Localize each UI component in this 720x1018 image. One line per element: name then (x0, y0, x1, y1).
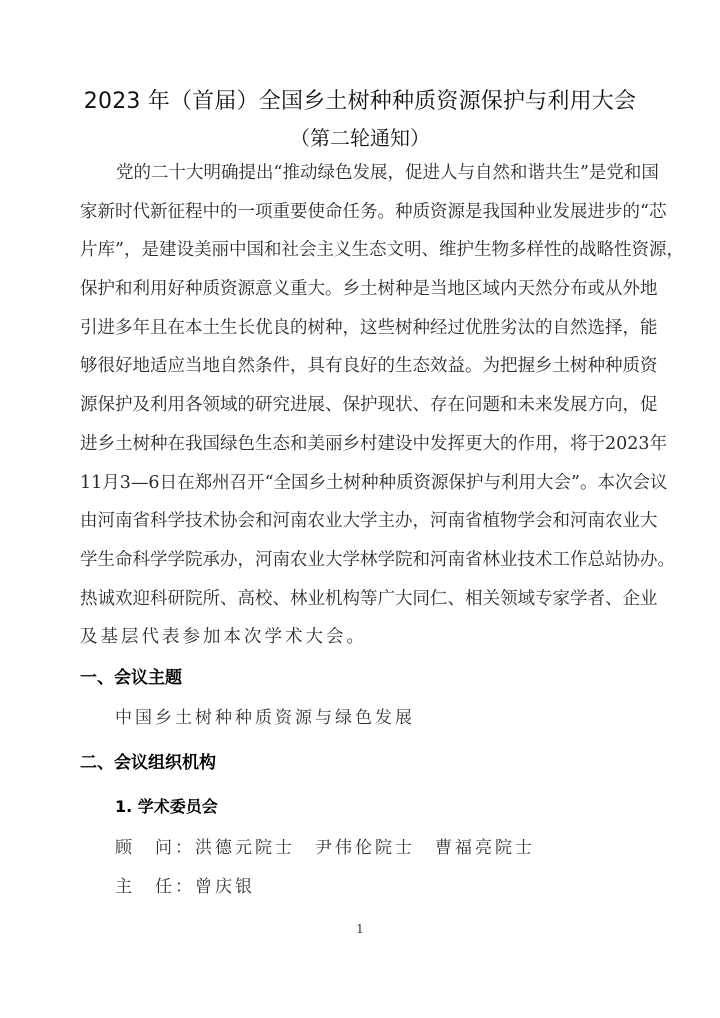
char: 进 (588, 197, 606, 236)
char: 3 (120, 468, 131, 507)
char: 议 (650, 468, 668, 507)
char: ， (553, 429, 571, 468)
char: 召 (230, 468, 248, 507)
char: 关 (483, 584, 501, 623)
char: 我 (483, 197, 501, 236)
char: 的 (623, 197, 641, 236)
char: 、 (325, 390, 343, 429)
char: 护 (115, 390, 133, 429)
char: 树 (378, 274, 396, 313)
char: 乡 (98, 429, 116, 468)
char: 乡 (343, 274, 361, 313)
char: 的 (535, 313, 553, 352)
char: 明 (204, 158, 222, 197)
char: 大 (343, 506, 361, 545)
char: 技 (185, 506, 203, 545)
section-heading-organization: 二、会议组织机构 (80, 748, 216, 773)
char: 一 (238, 197, 256, 236)
char: 汰 (518, 313, 536, 352)
char: 省 (465, 506, 483, 545)
char: 促 (640, 390, 658, 429)
char: 维 (439, 235, 457, 274)
char: 生 (351, 235, 369, 274)
char: 资 (631, 235, 649, 274)
char: 所 (203, 584, 221, 623)
char: 性 (544, 235, 562, 274)
char: 为 (483, 351, 501, 390)
char: ， (124, 235, 142, 274)
char: 进 (290, 390, 308, 429)
char: 文 (386, 235, 404, 274)
char: 库 (98, 235, 116, 274)
char: 学 (360, 506, 378, 545)
char: 由 (80, 506, 98, 545)
char: 确 (221, 158, 239, 197)
char: 农 (308, 506, 326, 545)
char: 的 (561, 235, 579, 274)
char: 二 (151, 158, 169, 197)
char: 和 (115, 274, 133, 313)
char: 的 (134, 158, 152, 197)
char: 意 (255, 274, 273, 313)
char: 种 (413, 313, 431, 352)
char: 学 (570, 584, 588, 623)
paragraph-line: 保护和利用好种质资源意义重大。乡土树种是当地区域内天然分布或从外地 (80, 274, 642, 313)
char: 将 (570, 429, 588, 468)
char: 然 (492, 158, 510, 197)
char: 种 (361, 468, 379, 507)
char: 生 (220, 313, 238, 352)
char: 日 (160, 468, 178, 507)
char: 出 (256, 158, 274, 197)
char: 战 (579, 235, 597, 274)
char: 域 (518, 584, 536, 623)
char: 物 (491, 235, 509, 274)
char: 高 (238, 584, 256, 623)
char: 共 (545, 158, 563, 197)
char: 保 (80, 274, 98, 313)
char: 源 (448, 197, 466, 236)
char: 人 (440, 158, 458, 197)
char: 树 (308, 313, 326, 352)
char: 在 (448, 390, 466, 429)
char: 使 (308, 197, 326, 236)
char: 省 (133, 506, 151, 545)
char: 项 (255, 197, 273, 236)
line-text: 及基层代表参加本次学术大会。 (80, 622, 367, 661)
char: 在 (177, 468, 195, 507)
char: 资 (640, 351, 658, 390)
char: ， (623, 313, 641, 352)
char: 用 (168, 390, 186, 429)
char: ， (387, 158, 405, 197)
char: 种 (605, 351, 623, 390)
char: 等 (360, 584, 378, 623)
char: 推 (282, 158, 300, 197)
char: 源 (238, 274, 256, 313)
char: 。 (580, 468, 598, 507)
char: 挥 (448, 429, 466, 468)
char: 进 (98, 313, 116, 352)
char: 家 (553, 584, 571, 623)
char: 。 (325, 274, 343, 313)
char: 全 (274, 468, 292, 507)
char: 广 (378, 584, 396, 623)
char: 保 (98, 390, 116, 429)
char: 发 (430, 429, 448, 468)
char: 业 (500, 545, 518, 584)
char: 天 (518, 274, 536, 313)
char: 方 (588, 390, 606, 429)
char: 展 (570, 197, 588, 236)
char: 态 (413, 351, 431, 390)
char: 物 (500, 506, 518, 545)
char: 南 (290, 506, 308, 545)
char: 相 (465, 584, 483, 623)
char: 些 (378, 313, 396, 352)
char: 有 (325, 351, 343, 390)
char: 区 (465, 274, 483, 313)
char: 现 (378, 390, 396, 429)
char: 大 (325, 545, 343, 584)
char: 年 (133, 313, 151, 352)
document-title: 2023 年（首届）全国乡土树种种质资源保护与利用大会 (0, 84, 720, 115)
char: 国 (641, 158, 659, 197)
char: 是 (141, 235, 159, 274)
char: 这 (360, 313, 378, 352)
char: 学 (343, 545, 361, 584)
char: 然 (238, 351, 256, 390)
char: 承 (203, 545, 221, 584)
char: 种 (518, 197, 536, 236)
paragraph-line: 11 月 3—6 日在郑州召开“全国乡土树种种质资源保护与利用大会”。本次会议 (80, 468, 642, 507)
char: 土 (553, 351, 571, 390)
char: 与 (484, 468, 502, 507)
char: 与 (457, 158, 475, 197)
char: 建 (159, 235, 177, 274)
char: 0 (616, 429, 627, 468)
char: 命 (325, 197, 343, 236)
char: 把 (500, 351, 518, 390)
char: 3 (638, 429, 649, 468)
char: 同 (413, 584, 431, 623)
char: 本 (597, 468, 615, 507)
char: 和 (255, 506, 273, 545)
char: 2 (605, 429, 616, 468)
char: 、 (448, 584, 466, 623)
char: 好 (360, 351, 378, 390)
char: 美 (308, 429, 326, 468)
char: “ (274, 158, 283, 197)
char: 生 (562, 158, 580, 197)
char: 研 (168, 584, 186, 623)
char: 业 (623, 506, 641, 545)
char: 专 (535, 584, 553, 623)
char: 1 (91, 468, 102, 507)
char: 机 (325, 584, 343, 623)
char: 河 (273, 506, 291, 545)
char: 发 (352, 158, 370, 197)
char: 的 (500, 429, 518, 468)
char: “ (640, 197, 649, 236)
char: 种 (395, 274, 413, 313)
char: 的 (290, 313, 308, 352)
char: 土 (115, 429, 133, 468)
char: 究 (273, 390, 291, 429)
char: 树 (570, 351, 588, 390)
document-subtitle: （第二轮通知） (0, 122, 720, 151)
char: 好 (115, 351, 133, 390)
char: 发 (553, 390, 571, 429)
char: 胜 (483, 313, 501, 352)
char: 在 (168, 429, 186, 468)
char: 选 (588, 313, 606, 352)
char: 具 (308, 351, 326, 390)
char: 生 (98, 545, 116, 584)
char: 学 (518, 506, 536, 545)
char: 从 (605, 274, 623, 313)
char: 进 (422, 158, 440, 197)
char: 很 (98, 351, 116, 390)
char: 、 (220, 584, 238, 623)
char: 题 (483, 390, 501, 429)
char: 国 (246, 235, 264, 274)
char: 会 (238, 506, 256, 545)
char: 展 (570, 390, 588, 429)
paragraph-line: 够很好地适应当地自然条件，具有良好的生态效益。为把握乡土树种种质资 (80, 351, 642, 390)
char: 程 (185, 197, 203, 236)
char: 状 (395, 390, 413, 429)
paragraph-line: 进乡土树种在我国绿色生态和美丽乡村建设中发挥更大的作用，将于 2023 年 (80, 429, 642, 468)
char: 校 (255, 584, 273, 623)
char: 护 (466, 468, 484, 507)
char: 效 (430, 351, 448, 390)
char: 6 (148, 468, 159, 507)
char: 质 (396, 468, 414, 507)
char: 者 (588, 584, 606, 623)
char: 、 (273, 584, 291, 623)
char: 构 (343, 584, 361, 623)
char: 领 (500, 584, 518, 623)
char: 河 (430, 545, 448, 584)
char: 性 (614, 235, 632, 274)
char: 河 (255, 545, 273, 584)
char: 地 (203, 351, 221, 390)
char: — (131, 468, 149, 507)
char: 院 (185, 584, 203, 623)
char: 或 (588, 274, 606, 313)
char: 和 (624, 158, 642, 197)
char: “ (265, 468, 274, 507)
char: 然 (535, 274, 553, 313)
char: 生 (474, 235, 492, 274)
char: 色 (335, 158, 353, 197)
char: 河 (570, 506, 588, 545)
char: 动 (300, 158, 318, 197)
char: 促 (405, 158, 423, 197)
char: 绿 (317, 158, 335, 197)
char: 义 (334, 235, 352, 274)
char: 重 (290, 274, 308, 313)
char: 护 (456, 235, 474, 274)
char: 于 (588, 429, 606, 468)
char: ” (571, 468, 580, 507)
char: 国 (203, 429, 221, 468)
char: 术 (203, 506, 221, 545)
paragraph-line: 热诚欢迎科研院所、高校、林业机构等广大同仁、相关领域专家学者、企业 (80, 584, 642, 623)
char: 时 (115, 197, 133, 236)
char: 仁 (430, 584, 448, 623)
paragraph-line: 片库”，是建设美丽中国和社会主义生态文明、维护生物多样性的战略性资源， (80, 235, 642, 274)
char: 条 (255, 351, 273, 390)
char: 良 (273, 313, 291, 352)
char: 学 (168, 506, 186, 545)
char: ” (580, 158, 589, 197)
char: 用 (150, 274, 168, 313)
char: 南 (448, 545, 466, 584)
char: 站 (605, 545, 623, 584)
char: 步 (605, 197, 623, 236)
char: 谐 (527, 158, 545, 197)
char: 协 (220, 506, 238, 545)
char: 南 (588, 506, 606, 545)
char: 色 (238, 429, 256, 468)
char: 大 (536, 468, 554, 507)
char: 资 (414, 468, 432, 507)
char: 本 (185, 313, 203, 352)
char: 优 (255, 313, 273, 352)
char: ” (115, 235, 124, 274)
char: 技 (518, 545, 536, 584)
char: 及 (133, 390, 151, 429)
char: 南 (448, 506, 466, 545)
char: 新 (150, 197, 168, 236)
char: 办 (220, 545, 238, 584)
char: 利 (501, 468, 519, 507)
char: 源 (431, 468, 449, 507)
char: 村 (360, 429, 378, 468)
char: 存 (430, 390, 448, 429)
committee-advisors: 顾 问：洪德元院士 尹伟伦院士 曹福亮院士 (115, 833, 535, 858)
char: 未 (518, 390, 536, 429)
paragraph-line: 及基层代表参加本次学术大会。 (80, 622, 642, 661)
intro-paragraph: 党的二十大明确提出“推动绿色发展，促进人与自然和谐共生”是党和国 家新时代新征程… (80, 158, 642, 661)
char: 工 (553, 545, 571, 584)
char: 好 (168, 274, 186, 313)
char: 略 (596, 235, 614, 274)
char: 义 (273, 274, 291, 313)
char: 院 (185, 545, 203, 584)
char: 大 (640, 506, 658, 545)
char: 地 (448, 274, 466, 313)
char: ， (623, 390, 641, 429)
char: 河 (98, 506, 116, 545)
char: 树 (133, 429, 151, 468)
char: 科 (150, 506, 168, 545)
paragraph-line: 学生命科学学院承办，河南农业大学林学院和河南省林业技术工作总站协办。 (80, 545, 642, 584)
char: 土 (203, 313, 221, 352)
char: 展 (308, 390, 326, 429)
char: 护 (360, 390, 378, 429)
char: 在 (168, 313, 186, 352)
char: 南 (115, 506, 133, 545)
char: 月 (102, 468, 120, 507)
char: 。 (658, 545, 676, 584)
char: 自 (475, 158, 493, 197)
char: 保 (343, 390, 361, 429)
char: 中 (229, 235, 247, 274)
char: 明 (404, 235, 422, 274)
char: 种 (325, 313, 343, 352)
char: 芯 (649, 197, 667, 236)
char: 护 (98, 274, 116, 313)
char: 研 (255, 390, 273, 429)
char: 布 (570, 274, 588, 313)
char: 社 (281, 235, 299, 274)
paragraph-line: 家新时代新征程中的一项重要使命任务。种质资源是我国种业发展进步的“芯 (80, 197, 642, 236)
char: 内 (500, 274, 518, 313)
char: 优 (465, 313, 483, 352)
char: 作 (570, 545, 588, 584)
committee-director: 主 任：曾庆银 (115, 872, 255, 897)
char: 种 (379, 468, 397, 507)
char: 乡 (343, 429, 361, 468)
char: 提 (239, 158, 257, 197)
subsection-heading-academic-committee: 1. 学术委员会 (115, 794, 218, 817)
char: 利 (133, 274, 151, 313)
char: 能 (640, 313, 658, 352)
char: 多 (115, 313, 133, 352)
char: 主 (378, 506, 396, 545)
char: 术 (535, 545, 553, 584)
char: 够 (80, 351, 98, 390)
char: 择 (605, 313, 623, 352)
char: 河 (430, 506, 448, 545)
char: 大 (395, 584, 413, 623)
char: 长 (238, 313, 256, 352)
char: 林 (360, 545, 378, 584)
char: 热 (80, 584, 98, 623)
char: 业 (308, 545, 326, 584)
char: 业 (640, 584, 658, 623)
char: 展 (370, 158, 388, 197)
char: 树 (395, 313, 413, 352)
char: 会 (632, 468, 650, 507)
char: 次 (615, 468, 633, 507)
char: 片 (80, 235, 98, 274)
char: 件 (273, 351, 291, 390)
char: 企 (623, 584, 641, 623)
char: 国 (291, 468, 309, 507)
char: 利 (150, 390, 168, 429)
char: 握 (518, 351, 536, 390)
char: 经 (430, 313, 448, 352)
char: 树 (344, 468, 362, 507)
char: 业 (308, 584, 326, 623)
char: 种 (185, 274, 203, 313)
char: 地 (133, 351, 151, 390)
char: 和 (500, 390, 518, 429)
char: 迎 (133, 584, 151, 623)
char: 林 (483, 545, 501, 584)
char: 的 (220, 197, 238, 236)
char: 会 (554, 468, 572, 507)
char: 种 (395, 197, 413, 236)
char: 州 (212, 468, 230, 507)
char: 。 (378, 197, 396, 236)
paragraph-line: 引进多年且在本土生长优良的树种，这些树种经过优胜劣汰的自然选择，能 (80, 313, 642, 352)
char: 和 (264, 235, 282, 274)
